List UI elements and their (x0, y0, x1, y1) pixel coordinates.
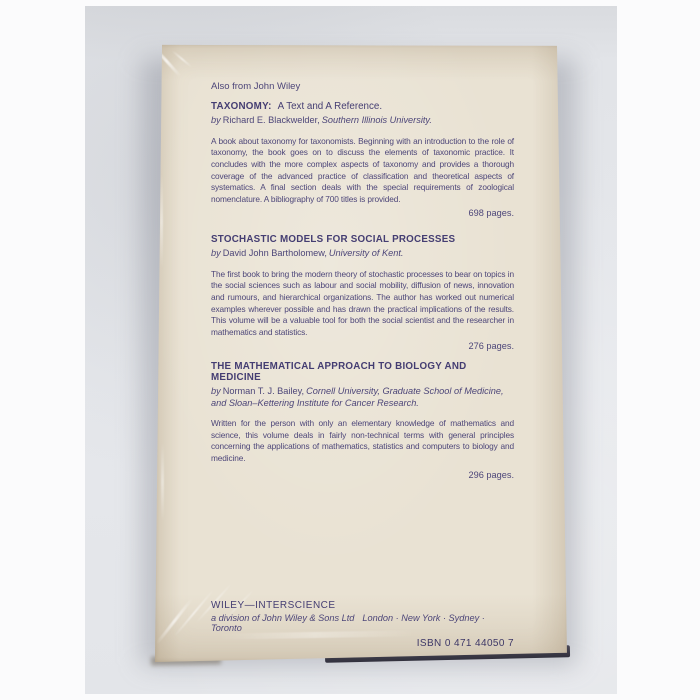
byline-author: David John Bartholomew, (223, 248, 327, 258)
book-title: TAXONOMY:A Text and A Reference. (211, 101, 514, 112)
byline-by: by (211, 386, 221, 396)
byline-by: by (211, 115, 221, 125)
byline-affiliation: University of Kent. (329, 248, 404, 258)
book-description: The first book to bring the modern theor… (211, 269, 514, 339)
tagline: Also from John Wiley (211, 81, 300, 92)
byline-affiliation: Southern Illinois University. (322, 115, 432, 125)
book-page-count: 698 pages. (211, 208, 514, 218)
division-text: a division of John Wiley & Sons Ltd (211, 613, 354, 623)
book-description: Written for the person with only an elem… (211, 418, 514, 465)
publisher-imprint: WILEY—INTERSCIENCE (211, 600, 514, 611)
book-byline: byDavid John Bartholomew,University of K… (211, 248, 514, 260)
cover-text-column: Also from John Wiley TAXONOMY:A Text and… (211, 44, 514, 662)
book-title-main: STOCHASTIC MODELS FOR SOCIAL PROCESSES (211, 234, 455, 245)
byline-author: Richard E. Blackwelder, (223, 115, 320, 125)
byline-author: Norman T. J. Bailey, (223, 386, 304, 396)
book-description: A book about taxonomy for taxonomists. B… (211, 136, 514, 206)
book-title: THE MATHEMATICAL APPROACH TO BIOLOGY AND… (211, 361, 514, 383)
book-title-main: THE MATHEMATICAL APPROACH TO BIOLOGY AND… (211, 361, 466, 383)
publisher-footer: WILEY—INTERSCIENCE a division of John Wi… (211, 600, 514, 649)
shrinkwrap-glint (171, 50, 192, 68)
book-page-count: 276 pages. (211, 341, 514, 351)
book-byline: byRichard E. Blackwelder,Southern Illino… (211, 115, 514, 127)
shrinkwrap-glint (161, 442, 164, 522)
byline-by: by (211, 248, 221, 258)
photo-background: Also from John Wiley TAXONOMY:A Text and… (85, 6, 617, 694)
book-entry-mathematical-approach: THE MATHEMATICAL APPROACH TO BIOLOGY AND… (211, 361, 514, 480)
book-title-main: TAXONOMY: (211, 101, 272, 112)
book-title-subtitle: A Text and A Reference. (278, 101, 382, 112)
book-page-count: 296 pages. (211, 470, 514, 480)
publisher-division-line: a division of John Wiley & Sons LtdLondo… (211, 613, 514, 633)
shrinkwrap-glint (160, 174, 163, 269)
book-entry-stochastic-models: STOCHASTIC MODELS FOR SOCIAL PROCESSES b… (211, 234, 514, 351)
book-title: STOCHASTIC MODELS FOR SOCIAL PROCESSES (211, 234, 514, 245)
isbn: ISBN 0 471 44050 7 (211, 638, 514, 649)
book-back-cover: Also from John Wiley TAXONOMY:A Text and… (155, 44, 569, 662)
book-entry-taxonomy: TAXONOMY:A Text and A Reference. byRicha… (211, 101, 514, 218)
book-byline: byNorman T. J. Bailey,Cornell University… (211, 386, 514, 409)
